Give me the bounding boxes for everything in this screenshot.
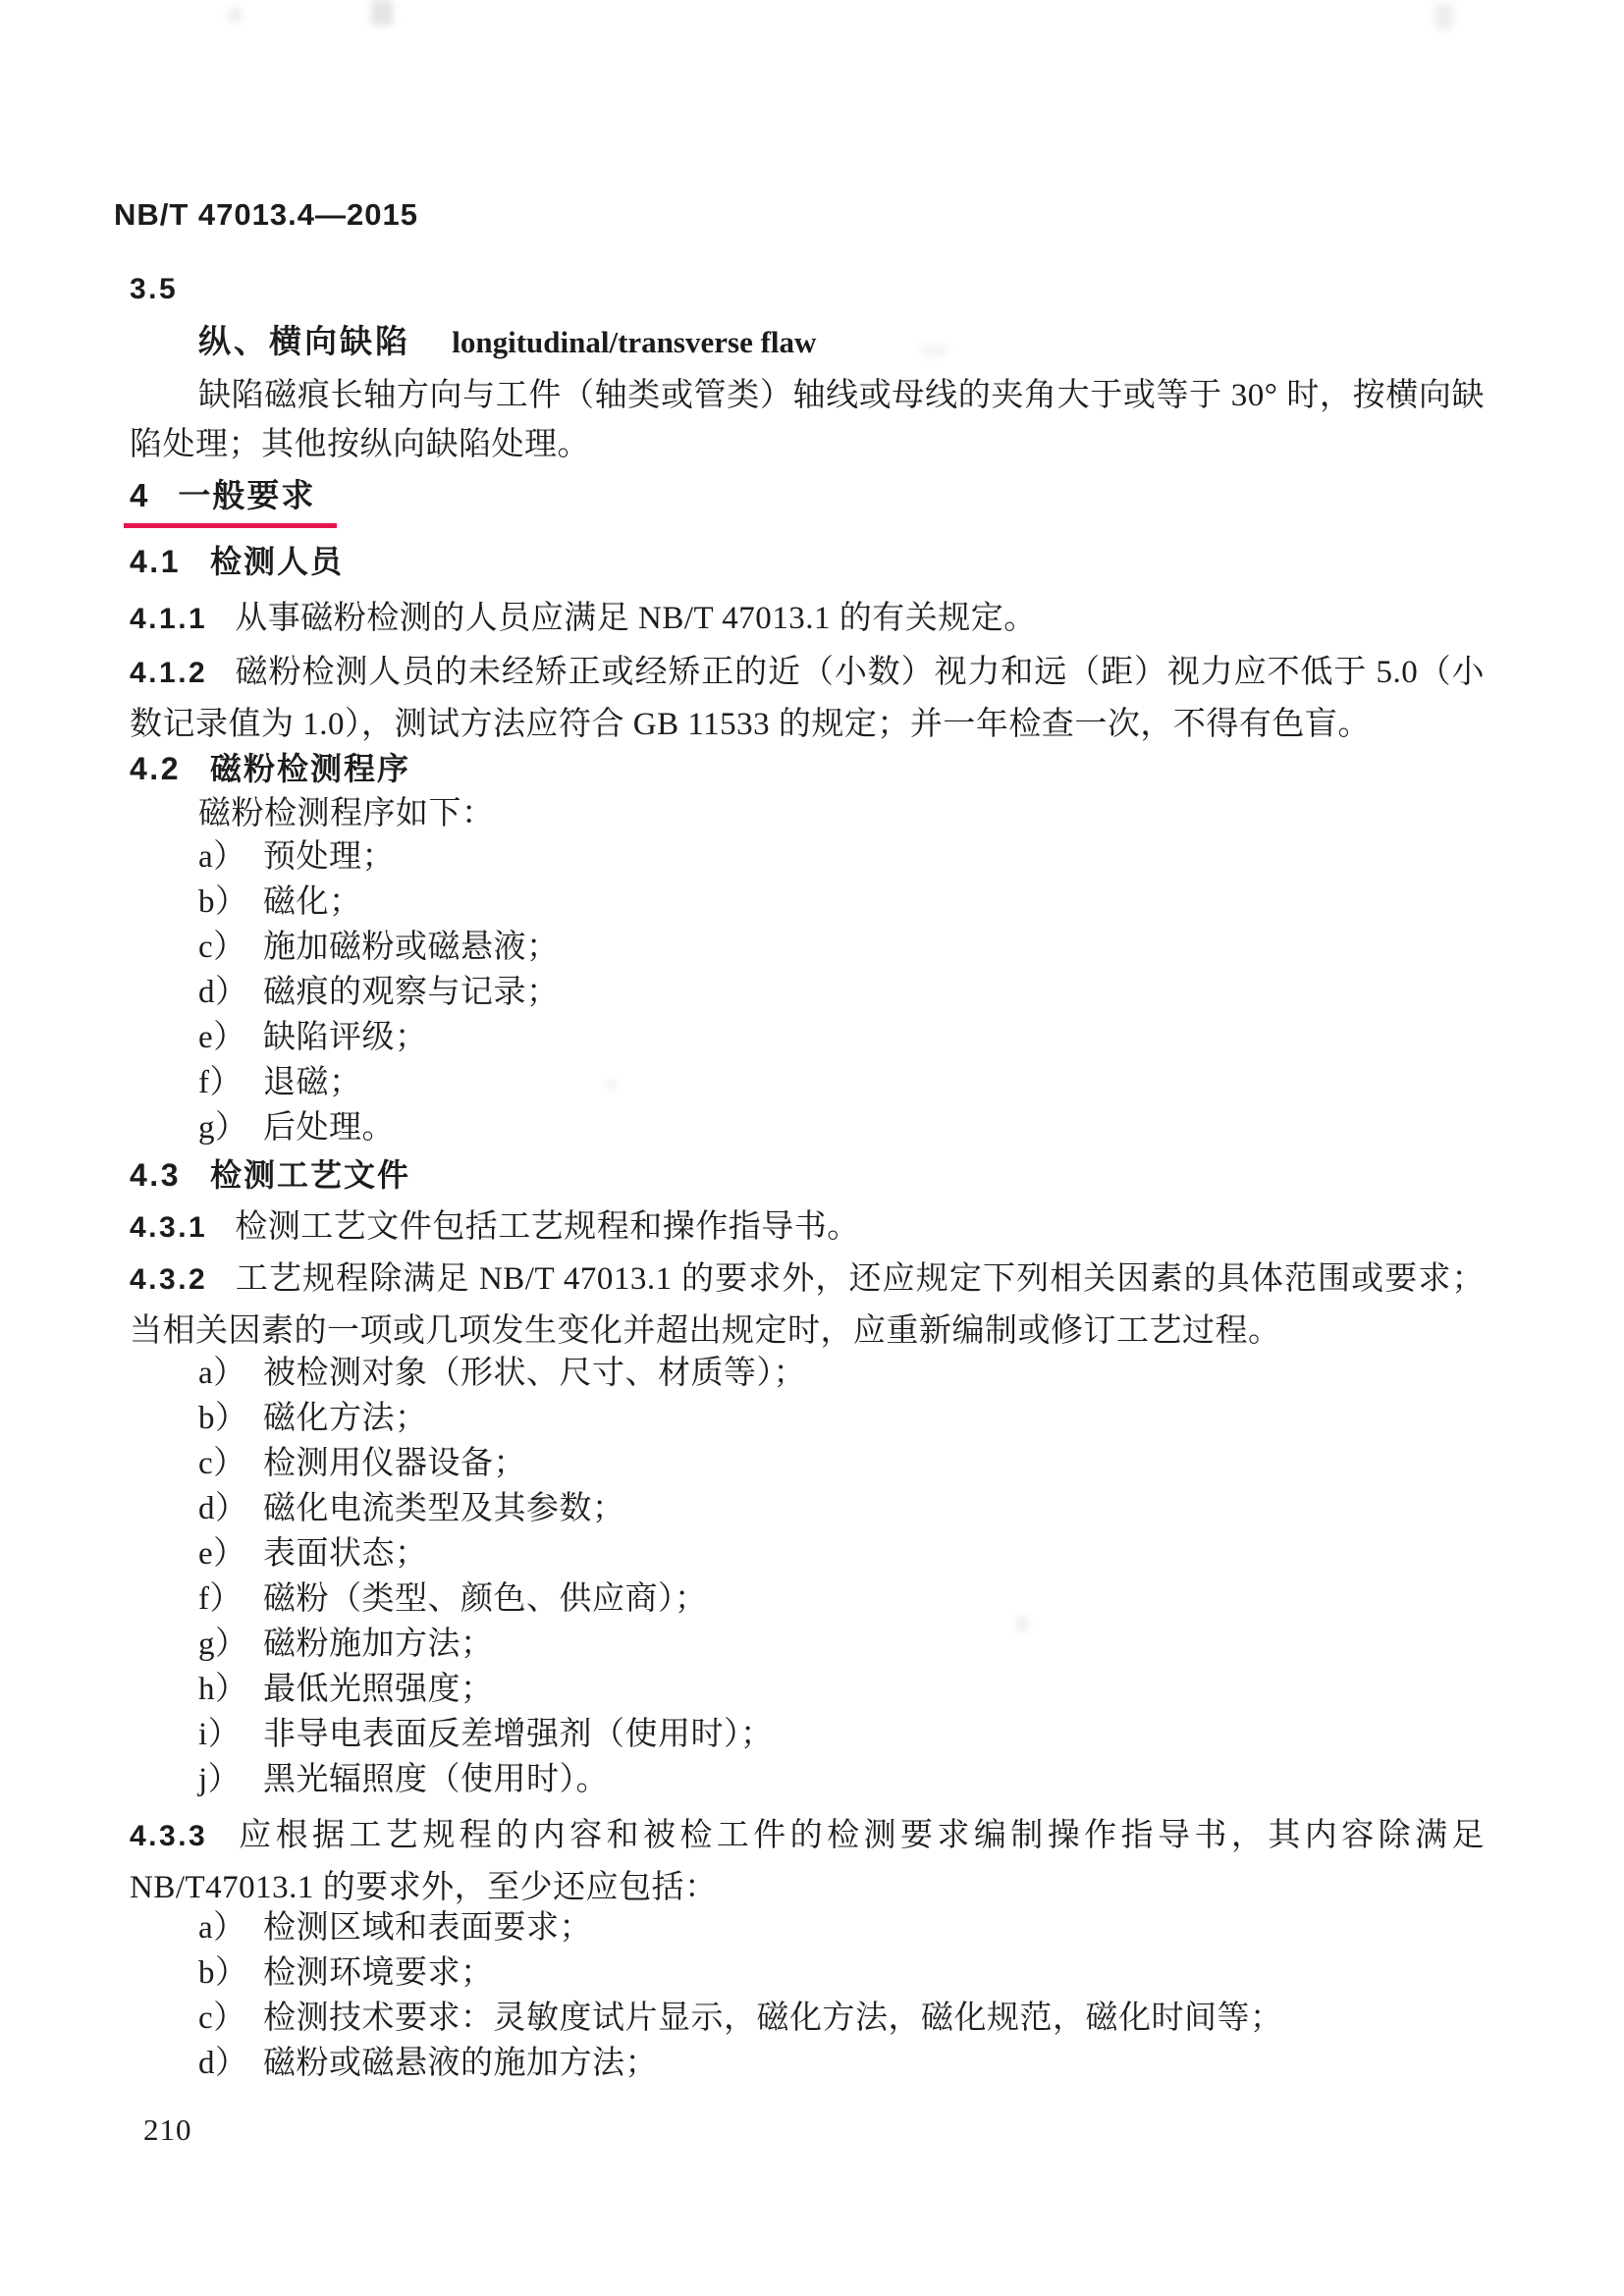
list-item: e） 表面状态； <box>198 1531 1485 1576</box>
list-item-text: 磁粉施加方法； <box>263 1622 1485 1667</box>
list-item-label: a） <box>198 1351 263 1396</box>
list-item-label: a） <box>198 1905 263 1950</box>
list-item-label: b） <box>198 880 263 925</box>
clause-number: 4.3.1 <box>130 1211 207 1244</box>
list-item-label: e） <box>198 1015 263 1060</box>
clause-text: 检测工艺文件包括工艺规程和操作指导书。 <box>235 1209 860 1245</box>
list-item: c） 检测技术要求：灵敏度试片显示，磁化方法，磁化规范，磁化时间等； <box>198 1996 1485 2041</box>
doc-number: NB/T 47013.4—2015 <box>114 197 1485 233</box>
list-item-text: 黑光辐照度（使用时）。 <box>263 1757 1485 1802</box>
list-item-text: 磁痕的观察与记录； <box>263 970 1485 1015</box>
list-item-text: 非导电表面反差增强剂（使用时）； <box>263 1712 1485 1757</box>
clause-4-1-2: 4.1.2磁粉检测人员的未经矫正或经矫正的近（小数）视力和远（距）视力应不低于 … <box>130 647 1485 750</box>
list-item: j） 黑光辐照度（使用时）。 <box>198 1757 1485 1802</box>
section-title: 一般要求 <box>178 477 315 513</box>
scan-artifact <box>228 8 242 22</box>
list-item-text: 缺陷评级； <box>263 1015 1485 1060</box>
clause-4-1-1: 4.1.1从事磁粉检测的人员应满足 NB/T 47013.1 的有关规定。 <box>130 593 1485 645</box>
term-definition-line: 纵、横向缺陷 longitudinal/transverse flaw <box>130 322 1485 362</box>
list-item-label: a） <box>198 834 263 880</box>
subsection-title: 磁粉检测程序 <box>210 751 410 786</box>
list-item: c） 检测用仪器设备； <box>198 1441 1485 1486</box>
clause-number: 4.1.1 <box>130 603 207 635</box>
list-item: a） 预处理； <box>198 834 1485 880</box>
list-item: d） 磁痕的观察与记录； <box>198 970 1485 1015</box>
clause-number: 4.3.2 <box>130 1263 207 1296</box>
clause-text: 磁粉检测人员的未经矫正或经矫正的近（小数）视力和远（距）视力应不低于 5.0（小… <box>130 655 1485 742</box>
list-item-label: f） <box>198 1060 263 1105</box>
list-item-text: 后处理。 <box>263 1105 1485 1150</box>
list-item-text: 预处理； <box>263 834 1485 880</box>
list-item-text: 检测环境要求； <box>263 1950 1485 1996</box>
term-chinese: 纵、横向缺陷 <box>198 323 410 359</box>
list-item: i） 非导电表面反差增强剂（使用时）； <box>198 1712 1485 1757</box>
subsection-title: 检测工艺文件 <box>210 1157 410 1193</box>
list-item-text: 磁粉或磁悬液的施加方法； <box>263 2041 1485 2086</box>
list-item-text: 表面状态； <box>263 1531 1485 1576</box>
subsection-number: 4.2 <box>130 751 181 786</box>
list-item-text: 退磁； <box>263 1060 1485 1105</box>
clause-4-3-3: 4.3.3应根据工艺规程的内容和被检工件的检测要求编制操作指导书，其内容除满足 … <box>130 1810 1485 1913</box>
list-item: g） 后处理。 <box>198 1105 1485 1150</box>
list-item-label: i） <box>198 1712 263 1757</box>
list-item: f） 磁粉（类型、颜色、供应商）； <box>198 1576 1485 1622</box>
list-item: d） 磁粉或磁悬液的施加方法； <box>198 2041 1485 2086</box>
list-item-label: f） <box>198 1576 263 1622</box>
procedure-list: a） 预处理； b） 磁化； c） 施加磁粉或磁悬液； d） 磁痕的观察与记录；… <box>130 834 1485 1150</box>
document-page: NB/T 47013.4—2015 3.5 纵、横向缺陷 longitudina… <box>0 0 1624 2296</box>
list-item-label: d） <box>198 1486 263 1531</box>
list-item-text: 检测用仪器设备； <box>263 1441 1485 1486</box>
list-item-label: e） <box>198 1531 263 1576</box>
subsection-number: 4.1 <box>130 544 181 579</box>
list-item-label: h） <box>198 1667 263 1712</box>
list-item: d） 磁化电流类型及其参数； <box>198 1486 1485 1531</box>
list-item-text: 磁化； <box>263 880 1485 925</box>
list-item: f） 退磁； <box>198 1060 1485 1105</box>
list-item: g） 磁粉施加方法； <box>198 1622 1485 1667</box>
instruction-list: a） 检测区域和表面要求； b） 检测环境要求； c） 检测技术要求：灵敏度试片… <box>130 1905 1485 2086</box>
clause-number: 4.1.2 <box>130 657 207 689</box>
page-number: 210 <box>143 2112 192 2148</box>
term-definition-body: 缺陷磁痕长轴方向与工件（轴类或管类）轴线或母线的夹角大于或等于 30° 时，按横… <box>130 371 1485 469</box>
scan-artifact <box>371 0 393 26</box>
list-item: b） 磁化方法； <box>198 1396 1485 1441</box>
list-item-label: j） <box>198 1757 263 1802</box>
list-item: a） 检测区域和表面要求； <box>198 1905 1485 1950</box>
list-item-label: g） <box>198 1622 263 1667</box>
section-heading-row: 4一般要求 <box>130 477 1485 528</box>
list-item-label: g） <box>198 1105 263 1150</box>
list-item: b） 磁化； <box>198 880 1485 925</box>
list-item-text: 检测区域和表面要求； <box>263 1905 1485 1950</box>
list-item-label: d） <box>198 970 263 1015</box>
list-item-text: 被检测对象（形状、尺寸、材质等）； <box>263 1351 1485 1396</box>
list-item: c） 施加磁粉或磁悬液； <box>198 925 1485 970</box>
list-item-label: b） <box>198 1396 263 1441</box>
clause-number: 4.3.3 <box>130 1820 207 1852</box>
list-item: h） 最低光照强度； <box>198 1667 1485 1712</box>
list-item-text: 磁化方法； <box>263 1396 1485 1441</box>
list-item: a） 被检测对象（形状、尺寸、材质等）； <box>198 1351 1485 1396</box>
list-item-text: 最低光照强度； <box>263 1667 1485 1712</box>
clause-text: 从事磁粉检测的人员应满足 NB/T 47013.1 的有关规定。 <box>235 601 1037 636</box>
subsection-heading-4-3: 4.3检测工艺文件 <box>130 1156 1485 1194</box>
list-item: e） 缺陷评级； <box>198 1015 1485 1060</box>
list-intro: 磁粉检测程序如下： <box>130 793 1485 834</box>
subsection-title: 检测人员 <box>210 544 344 579</box>
section-number: 4 <box>130 477 148 513</box>
list-item-text: 施加磁粉或磁悬液； <box>263 925 1485 970</box>
list-item-label: c） <box>198 1441 263 1486</box>
list-item-label: c） <box>198 925 263 970</box>
clause-4-3-1: 4.3.1检测工艺文件包括工艺规程和操作指导书。 <box>130 1201 1485 1254</box>
subsection-heading-4-1: 4.1检测人员 <box>130 543 1485 580</box>
clause-text: 工艺规程除满足 NB/T 47013.1 的要求外，还应规定下列相关因素的具体范… <box>130 1261 1485 1349</box>
list-item-text: 磁化电流类型及其参数； <box>263 1486 1485 1531</box>
list-item-label: d） <box>198 2041 263 2086</box>
subsection-number: 4.3 <box>130 1157 181 1193</box>
factors-list: a） 被检测对象（形状、尺寸、材质等）； b） 磁化方法； c） 检测用仪器设备… <box>130 1351 1485 1802</box>
list-item-label: b） <box>198 1950 263 1996</box>
clause-number-3-5: 3.5 <box>130 270 1485 309</box>
section-heading-4: 4一般要求 <box>124 477 337 528</box>
list-item-label: c） <box>198 1996 263 2041</box>
clause-text: 应根据工艺规程的内容和被检工件的检测要求编制操作指导书，其内容除满足 NB/T4… <box>130 1818 1485 1905</box>
list-item: b） 检测环境要求； <box>198 1950 1485 1996</box>
list-item-text: 检测技术要求：灵敏度试片显示，磁化方法，磁化规范，磁化时间等； <box>263 1996 1485 2041</box>
list-item-text: 磁粉（类型、颜色、供应商）； <box>263 1576 1485 1622</box>
subsection-heading-4-2: 4.2磁粉检测程序 <box>130 750 1485 787</box>
scan-artifact <box>1435 4 1453 29</box>
term-english: longitudinal/transverse flaw <box>452 325 816 359</box>
clause-4-3-2: 4.3.2工艺规程除满足 NB/T 47013.1 的要求外，还应规定下列相关因… <box>130 1254 1485 1357</box>
